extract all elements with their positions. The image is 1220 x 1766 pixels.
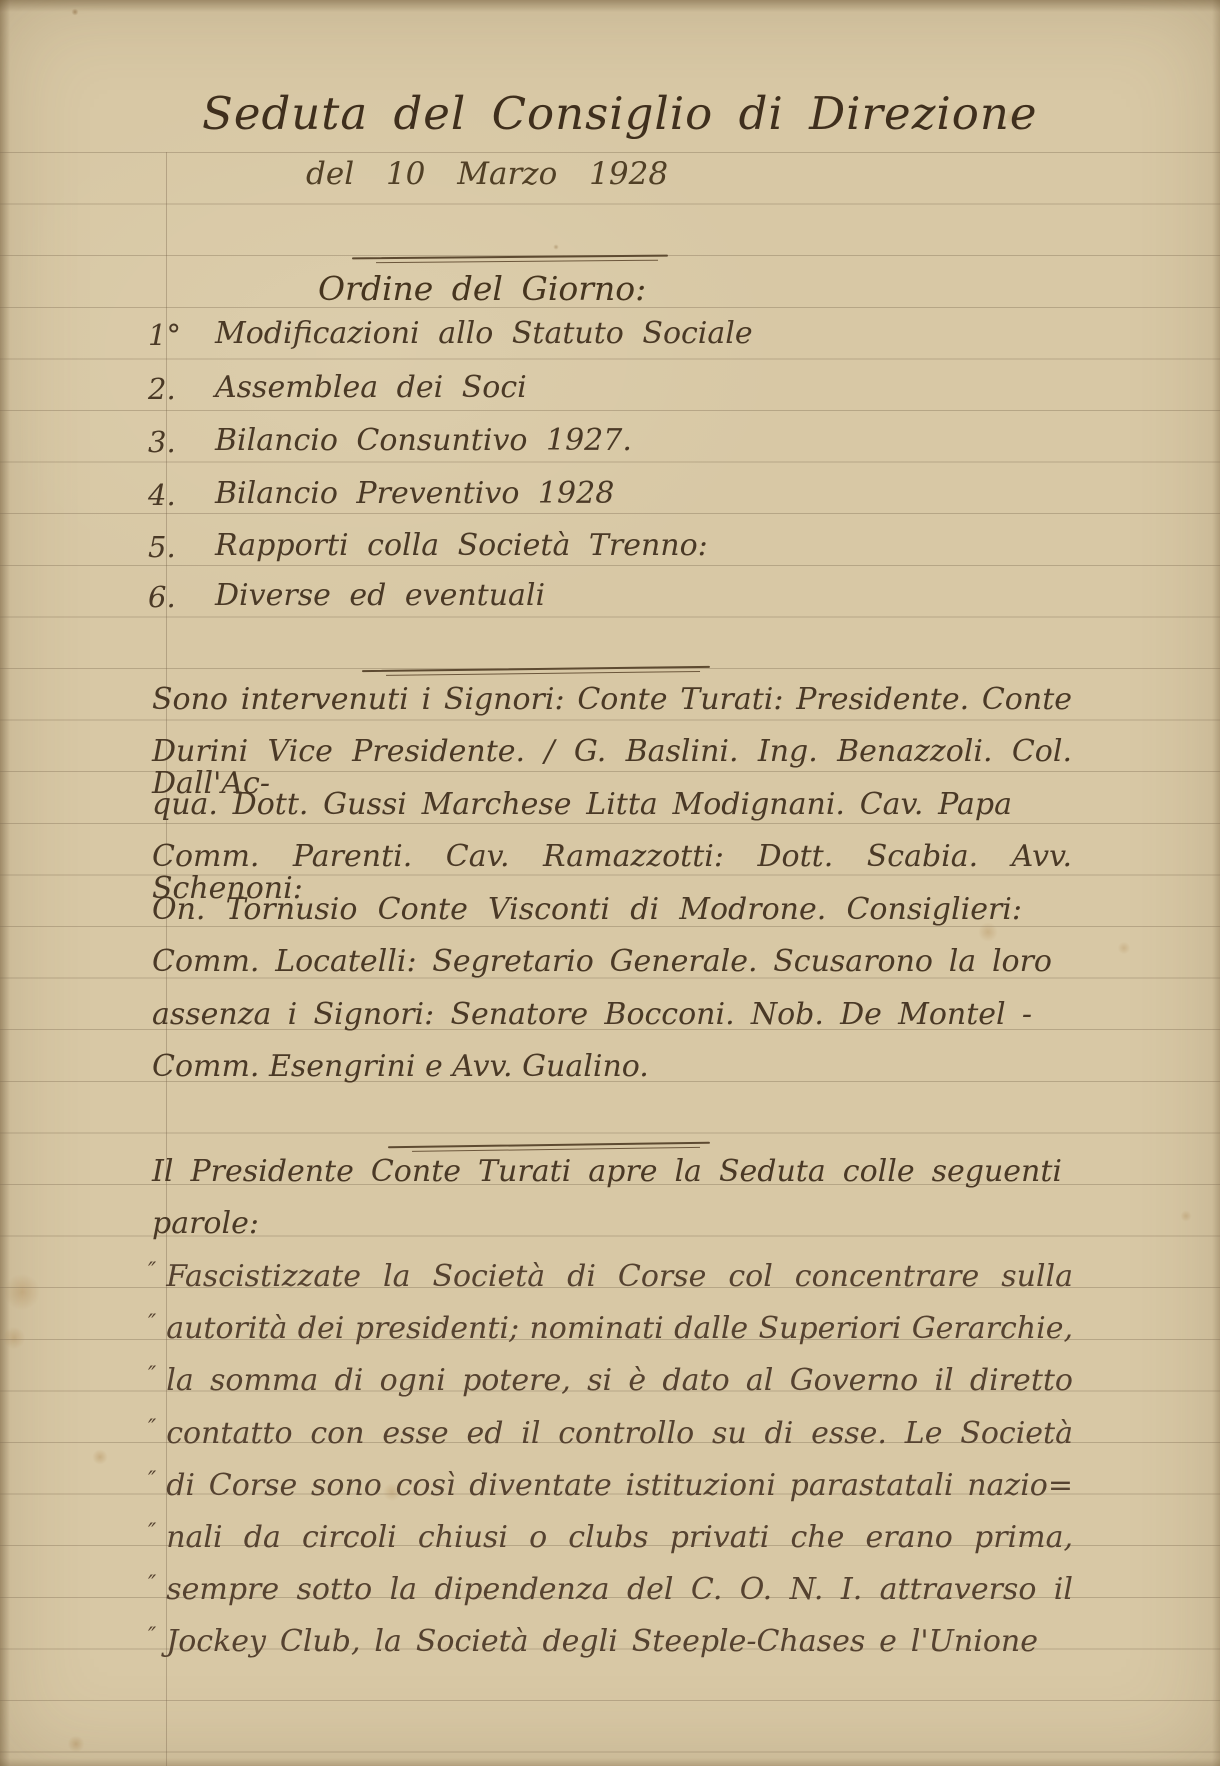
- quote-mark: ″: [148, 1521, 156, 1544]
- agenda-item-number: 1°: [148, 320, 181, 350]
- agenda-item-number: 6.: [148, 582, 176, 612]
- agenda-item-number: 4.: [148, 480, 176, 510]
- agenda-item-number: 5.: [148, 532, 176, 562]
- attendance-line: Sono intervenuti i Signori: Conte Turati…: [152, 684, 1072, 728]
- agenda-item-text: Rapporti colla Società Trenno:: [215, 530, 708, 562]
- speech-line-text: nali da circoli chiusi o clubs privati c…: [166, 1520, 1073, 1555]
- speech-line-text: autorità dei presidenti; nominati dalle …: [166, 1311, 1073, 1346]
- quote-mark: ″: [148, 1364, 156, 1387]
- agenda-item-text: Bilancio Preventivo 1928: [215, 478, 614, 510]
- manuscript-page: Seduta del Consiglio di Direzione del 10…: [0, 0, 1220, 1766]
- speech-line: ″la somma di ogni potere, si è dato al G…: [148, 1364, 1073, 1408]
- quote-mark: ″: [148, 1312, 156, 1335]
- speech-line-text: sempre sotto la dipendenza del C. O. N. …: [166, 1572, 1073, 1607]
- speech-line-text: Jockey Club, la Società degli Steeple-Ch…: [166, 1624, 1038, 1659]
- speech-line: ″Jockey Club, la Società degli Steeple-C…: [148, 1625, 1038, 1669]
- speech-line-text: la somma di ogni potere, si è dato al Go…: [166, 1363, 1073, 1398]
- speech-line: ″contatto con esse ed il controllo su di…: [148, 1417, 1073, 1461]
- speech-line-text: di Corse sono così diventate istituzioni…: [166, 1468, 1073, 1503]
- speech-line-text: Fascistizzate la Società di Corse col co…: [166, 1259, 1073, 1294]
- date-line: del 10 Marzo 1928: [306, 158, 668, 191]
- attendance-line: assenza i Signori: Senatore Bocconi. Nob…: [152, 999, 1032, 1043]
- attendance-line: Comm. Esengrini e Avv. Gualino.: [152, 1051, 1072, 1095]
- speech-line-text: contatto con esse ed il controllo su di …: [166, 1416, 1073, 1451]
- agenda-heading: Ordine del Giorno:: [318, 272, 646, 307]
- agenda-item-text: Modificazioni allo Statuto Sociale: [215, 318, 753, 350]
- attendance-line: qua. Dott. Gussi Marchese Litta Modignan…: [152, 789, 1012, 833]
- quote-mark: ″: [148, 1469, 156, 1492]
- speech-line: ″autorità dei presidenti; nominati dalle…: [148, 1312, 1073, 1356]
- speech-line: ″di Corse sono così diventate istituzion…: [148, 1469, 1073, 1513]
- quote-mark: ″: [148, 1417, 156, 1440]
- attendance-line: Durini Vice Presidente. / G. Baslini. In…: [152, 736, 1072, 780]
- attendance-line: On. Tornusio Conte Visconti di Modrone. …: [152, 894, 1022, 938]
- agenda-item-number: 2.: [148, 374, 176, 404]
- agenda-item-text: Assemblea dei Soci: [215, 372, 527, 404]
- agenda-item-number: 3.: [148, 427, 176, 457]
- attendance-line: Comm. Locatelli: Segretario Generale. Sc…: [152, 946, 1052, 990]
- quote-mark: ″: [148, 1573, 156, 1596]
- speech-line: ″Fascistizzate la Società di Corse col c…: [148, 1260, 1073, 1304]
- speech-line: ″nali da circoli chiusi o clubs privati …: [148, 1521, 1073, 1565]
- agenda-item-text: Bilancio Consuntivo 1927.: [215, 425, 632, 457]
- page-title: Seduta del Consiglio di Direzione: [202, 90, 1038, 137]
- quote-mark: ″: [148, 1260, 156, 1283]
- speech-line: ″sempre sotto la dipendenza del C. O. N.…: [148, 1573, 1073, 1617]
- agenda-item-text: Diverse ed eventuali: [215, 580, 545, 612]
- attendance-line: Comm. Parenti. Cav. Ramazzotti: Dott. Sc…: [152, 841, 1072, 885]
- quote-mark: ″: [148, 1625, 156, 1648]
- opening-line: Il Presidente Conte Turati apre la Sedut…: [152, 1156, 1062, 1200]
- opening-line: parole:: [152, 1208, 1062, 1252]
